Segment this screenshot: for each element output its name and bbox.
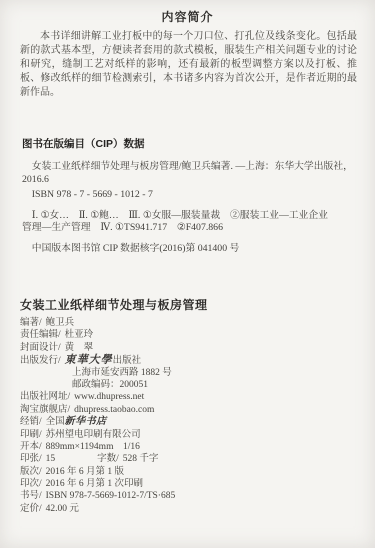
printer-row: 印刷/苏州望电印刷有限公司 [20,429,361,441]
book-copyright-page: 内容简介 本书详细讲解工业打板中的每一个刀口位、打孔位及线条变化。包括最新的款式… [0,0,375,548]
author-value: 鲍卫兵 [46,318,75,328]
impression-label: 印次/ [20,479,42,489]
taobao-label: 淘宝旗舰店/ [20,405,70,415]
cip-isbn: ISBN 978 - 7 - 5669 - 1012 - 7 [22,189,357,202]
publisher-address: 上海市延安西路 1882 号 [20,368,172,378]
publisher-address-row: 上海市延安西路 1882 号 [20,367,361,379]
website-row: 出版社网址/www.dhupress.net [20,391,361,403]
sheets-value: 15 [46,454,56,464]
intro-paragraph: 本书详细讲解工业打板中的每一个刀口位、打孔位及线条变化。包括最新的款式基本型，方… [20,30,357,100]
editor-label: 责任编辑/ [20,330,61,340]
cip-entry-line2: 2016.6 [22,174,357,187]
impression-value: 2016 年 6 月第 1 次印刷 [46,479,143,489]
sheets-label: 印张/ [20,454,42,464]
cip-block: 图书在版编目（CIP）数据 女装工业纸样细节处理与板房管理/鲍卫兵编著. —上海… [22,136,357,255]
distribution-script-name: 新华书店 [65,416,107,427]
words-label: 字数/ [97,454,119,464]
book-number-row: 书号/ISBN 978-7-5669-1012-7/TS·685 [20,490,361,502]
publisher-label: 出版发行/ [20,356,61,366]
format-value: 889mm×1194mm 1/16 [46,442,140,452]
format-label: 开本/ [20,442,42,452]
book-number-label: 书号/ [20,491,42,501]
publisher-script-name: 東華大學 [65,353,113,366]
cip-classification-line1: Ⅰ. ①女… Ⅱ. ①鲍… Ⅲ. ①女服—服装量裁 ②服装工业—工业企业 [22,210,357,223]
format-row: 开本/889mm×1194mm 1/16 [20,441,361,453]
impression-row: 印次/2016 年 6 月第 1 次印刷 [20,478,361,490]
book-title: 女装工业纸样细节处理与板房管理 [20,296,361,313]
cover-design-label: 封面设计/ [20,343,61,353]
price-label: 定价/ [20,504,42,514]
author-label: 编著/ [20,318,42,328]
distribution-prefix: 全国 [46,417,65,427]
author-row: 编著/鲍卫兵 [20,317,361,329]
price-row: 定价/42.00 元 [20,503,361,515]
website-label: 出版社网址/ [20,392,70,402]
postcode-row: 邮政编码：200051 [20,379,361,391]
postcode: 邮政编码：200051 [20,380,148,390]
editor-value: 杜亚玲 [65,330,94,340]
cip-classification-line2: 管理—生产管理 Ⅳ. ①TS941.717 ②F407.866 [22,222,357,235]
cover-design-value: 黄 翠 [65,343,94,353]
website-url: www.dhupress.net [74,392,144,402]
taobao-url: dhupress.taobao.com [74,405,154,415]
publisher-row: 出版发行/東華大學出版社 [20,354,361,366]
distribution-label: 经销/ [20,417,42,427]
edition-row: 版次/2016 年 6 月第 1 版 [20,466,361,478]
printer-value: 苏州望电印刷有限公司 [46,430,141,440]
printer-label: 印刷/ [20,430,42,440]
distribution-row: 经销/全国新华书店 [20,416,361,428]
edition-label: 版次/ [20,467,42,477]
words-value: 528 千字 [123,454,159,464]
edition-value: 2016 年 6 月第 1 版 [46,467,124,477]
cip-record-number: 中国版本图书馆 CIP 数据核字(2016)第 041400 号 [22,243,357,256]
cip-heading: 图书在版编目（CIP）数据 [22,136,357,151]
publisher-name-rest: 出版社 [113,356,142,366]
cip-entry-line1: 女装工业纸样细节处理与板房管理/鲍卫兵编著. —上海：东华大学出版社， [22,161,357,174]
sheets-words-row: 印张/15字数/528 千字 [20,453,361,465]
book-number-value: ISBN 978-7-5669-1012-7/TS·685 [46,491,176,501]
price-value: 42.00 元 [46,504,79,514]
intro-heading: 内容简介 [0,0,375,25]
colophon-block: 女装工业纸样细节处理与板房管理 编著/鲍卫兵 责任编辑/杜亚玲 封面设计/黄 翠… [20,296,361,515]
taobao-row: 淘宝旗舰店/dhupress.taobao.com [20,404,361,416]
editor-row: 责任编辑/杜亚玲 [20,329,361,341]
